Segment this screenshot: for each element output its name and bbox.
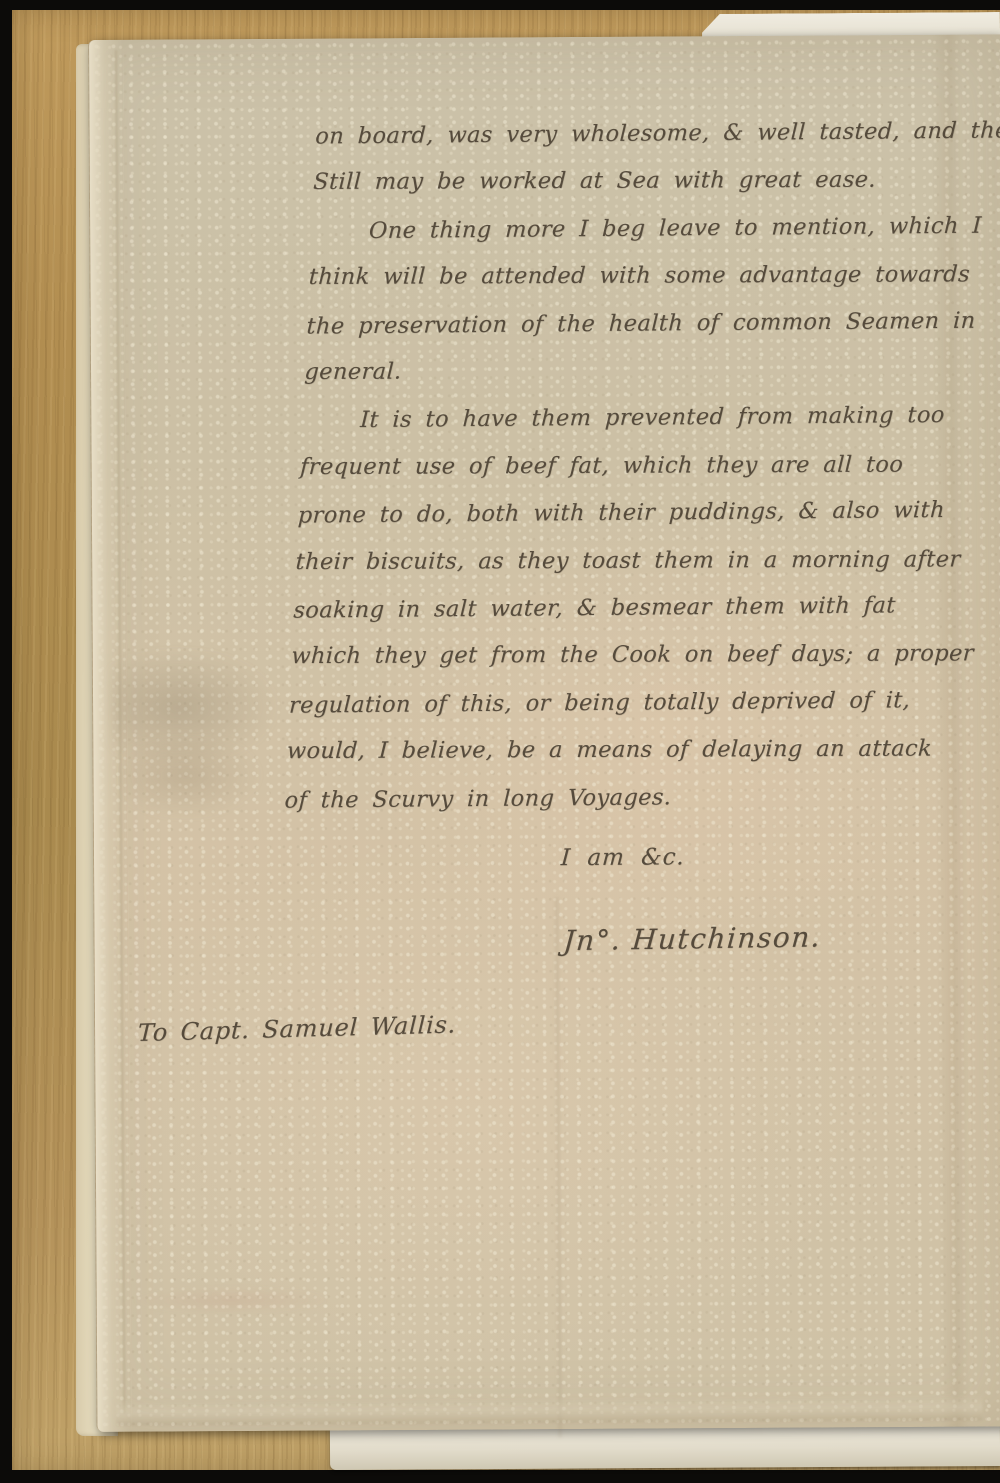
manuscript-line: It is to have them prevented from making… — [301, 392, 963, 445]
letter-closing: I am &c. — [560, 844, 686, 871]
ink-bleed-through-mark — [136, 1287, 326, 1314]
manuscript-line: prone to do, both with their puddings, &… — [297, 487, 959, 540]
manuscript-line: on board, was very wholesome, & well tas… — [314, 108, 976, 161]
manuscript-line: frequent use of beef fat, which they are… — [299, 441, 961, 491]
manuscript-line: Still may be worked at Sea with great ea… — [312, 157, 974, 207]
manuscript-line: One thing more I beg leave to mention, w… — [310, 203, 972, 256]
manuscript-line: which they get from the Cook on beef day… — [290, 631, 952, 681]
manuscript-line: regulation of this, or being totally dep… — [288, 677, 950, 730]
scan-background: { "document": { "kind": "handwritten man… — [0, 0, 1000, 1483]
letter-signature: Jn°. Hutchinson. — [562, 920, 822, 957]
manuscript-line: the preservation of the health of common… — [305, 297, 967, 350]
manuscript-line: soaking in salt water, & besmear them wi… — [292, 582, 954, 635]
letter-body-text: on board, was very wholesome, & well tas… — [284, 109, 977, 824]
letter-addressee: To Capt. Samuel Wallis. — [137, 1010, 456, 1047]
manuscript-page: on board, was very wholesome, & well tas… — [88, 34, 1000, 1432]
manuscript-line: think will be attended with some advanta… — [308, 252, 970, 302]
manuscript-line: their biscuits, as they toast them in a … — [294, 536, 956, 586]
manuscript-line: general. — [303, 346, 965, 396]
manuscript-line: of the Scurvy in long Voyages. — [284, 772, 946, 825]
manuscript-line: would, I believe, be a means of delaying… — [286, 726, 948, 776]
vertical-fold-crease — [555, 897, 561, 1437]
bottom-edge-sheen — [116, 1395, 983, 1426]
paper-stain — [122, 739, 262, 820]
